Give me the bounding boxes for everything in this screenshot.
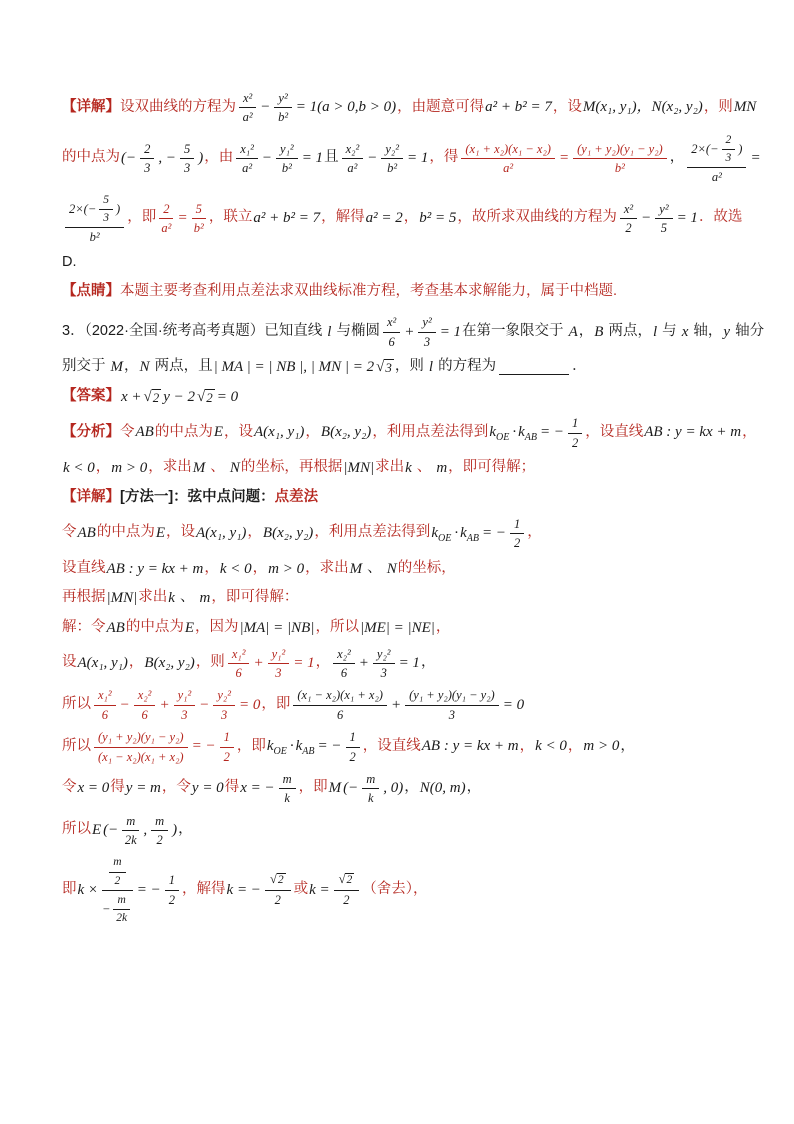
text-run: 2 (224, 750, 230, 764)
text-run: ． (572, 357, 587, 377)
text-run: ) (116, 202, 120, 216)
text-run: x = 0 (77, 778, 111, 798)
text-run: = − (191, 736, 217, 756)
text-run: ， (247, 523, 262, 543)
text-run: = (558, 148, 570, 168)
text-run: ，令 (162, 778, 191, 798)
text-run: ， (527, 523, 542, 543)
fraction-denominator: k (284, 789, 290, 805)
text-run: 的方程为 (434, 357, 496, 377)
text-run: ) (738, 142, 742, 156)
fraction: x₂²a² (342, 141, 364, 176)
text-run: ) (197, 148, 204, 168)
text-run: ， (178, 820, 193, 840)
text-run: 5 (184, 142, 190, 156)
text-run: ， (568, 737, 583, 757)
text-run: x₁² (232, 647, 246, 661)
text-run: = − (136, 880, 162, 900)
fraction: x²2 (620, 201, 637, 236)
fraction-numerator: √2 (265, 872, 291, 891)
fraction-denominator: a² (712, 168, 722, 184)
text-run: = 1 (301, 148, 324, 168)
text-run: a² (347, 161, 357, 175)
text-run: ，设 (166, 523, 195, 543)
fraction: (x₁ + x₂)(x₁ − x₂)a² (461, 141, 555, 176)
sqrt-expression: √3 (376, 359, 394, 376)
text-run: 1 (514, 517, 520, 531)
text-run: ， (404, 778, 419, 798)
fraction-denominator: (x₁ − x₂)(x₁ + x₂) (98, 748, 184, 764)
fraction: y₂²3 (373, 646, 395, 681)
text-run: 的中点为 (126, 618, 184, 638)
text-run: ， (253, 559, 268, 579)
text-run: MN (733, 97, 758, 117)
fraction: 12 (165, 872, 179, 907)
text-run: = 0 (238, 695, 261, 715)
text-run: 1 (224, 730, 230, 744)
fraction: y₁²3 (268, 646, 290, 681)
text-run: 6 (341, 666, 347, 680)
text-run: x₂² (138, 688, 152, 702)
fraction-denominator: a² (347, 159, 357, 175)
text-run: = − (539, 422, 565, 442)
question-3-line-2: 别交于 M，N 两点，且| MA | = | NB |, | MN | = 2√… (62, 356, 770, 378)
text-run: 的中点为 (97, 523, 155, 543)
fraction: y²5 (655, 201, 672, 236)
text-run: m (113, 856, 121, 869)
fraction-denominator: 3 (726, 150, 732, 165)
fraction-denominator: a² (242, 159, 252, 175)
fraction-numerator: 1 (165, 872, 179, 890)
fraction: x₁²a² (236, 141, 258, 176)
solution-step-6: 所以x₁²6−x₂²6+y₁²3−y₂²3= 0，即(x₁ − x₂)(x₁ +… (62, 687, 770, 722)
fraction-denominator: 3 (449, 706, 455, 722)
fraction-denominator: 2 (156, 831, 162, 847)
method-1-heading: 【详解】[方法一]：弦中点问题：点差法 (62, 487, 770, 509)
text-run: 设双曲线的方程为 (120, 98, 236, 118)
text-run: AB : y = kx + m (421, 736, 520, 756)
fraction-denominator: b² (278, 108, 288, 124)
detail-solution-line-3: 2×(−53)b²，即2a²=5b²，联立a² + b² = 7，解得a² = … (62, 192, 770, 245)
text-run: a² (243, 110, 253, 124)
text-run: + (358, 653, 370, 673)
fraction-numerator: (y₁ + y₂)(y₁ − y₂) (573, 141, 667, 159)
fraction: m2k (122, 813, 139, 848)
text-run: （舍去）， (362, 880, 427, 900)
radicand: 2 (277, 873, 286, 888)
text-run: 的中点为 (155, 423, 213, 443)
text-run: |MN| (342, 458, 375, 478)
fraction: 5b² (192, 201, 206, 236)
text-run: − (366, 148, 378, 168)
text-run: ，利用点差法得到 (314, 523, 430, 543)
text-run: ，解得 (182, 880, 226, 900)
text-run: B(x₂, y₂) (262, 523, 314, 543)
text-run: m (283, 772, 292, 786)
text-run: y = m (125, 778, 162, 798)
text-run: ，即 (299, 778, 328, 798)
text-run: D. (62, 253, 77, 273)
text-run: 的坐标，再根据 (241, 458, 343, 478)
text-run: (x₁ − x₂)(x₁ + x₂) (98, 750, 184, 764)
fraction-denominator: 2 (169, 891, 175, 907)
fraction-denominator: −m2k (102, 891, 133, 925)
fraction-denominator: b² (282, 159, 292, 175)
text-run: b² (90, 230, 100, 244)
text-run: m (126, 814, 135, 828)
fraction: x₂²6 (333, 646, 355, 681)
text-run: 5 (103, 194, 109, 207)
text-run: N (229, 458, 241, 478)
text-run: 3 (275, 666, 281, 680)
text-run: + (403, 322, 415, 342)
text-run: 2 (169, 893, 175, 907)
text-run: ，因为 (195, 618, 239, 638)
text-run: ， (620, 737, 635, 757)
text-run: 两点，且 (151, 357, 213, 377)
fraction: (y₁ + y₂)(y₁ − y₂)(x₁ − x₂)(x₁ + x₂) (94, 729, 188, 764)
text-run: 1 (169, 873, 175, 887)
text-run: 、 (413, 458, 436, 478)
text-run: y₁² (178, 688, 192, 702)
text-run: B (593, 322, 604, 342)
text-run: k (167, 588, 176, 608)
detail-solution-line-2: 的中点为(−23, −53)，由x₁²a²−y₁²b²= 1且x₂²a²−y₂²… (62, 132, 770, 185)
text-run: (x₁ − x₂)(x₁ + x₂) (297, 688, 383, 702)
text-run: 3 (184, 161, 190, 175)
text-run: x (681, 322, 690, 342)
text-run: M (110, 357, 125, 377)
solution-step-8: 令x = 0得y = m，令y = 0得x = −mk，即M(−mk, 0)，N… (62, 771, 770, 806)
text-run: ，由题意可得 (397, 98, 484, 118)
text-run: = 1 (292, 653, 315, 673)
text-run: |ME| = |NE| (359, 618, 436, 638)
text-run: [方法一]：弦中点问题： (120, 488, 275, 508)
fraction-numerator: m (122, 813, 139, 831)
text-run: E (91, 820, 102, 840)
fraction-numerator: m (362, 771, 379, 789)
text-run: ，解得 (321, 208, 365, 228)
fraction-numerator: 5 (99, 193, 113, 210)
text-run: ，利用点差法得到 (372, 423, 488, 443)
fraction-numerator: x² (239, 90, 256, 108)
radicand: 2 (345, 873, 354, 888)
text-run: 得 (225, 778, 240, 798)
text-run: E (184, 618, 195, 638)
fraction-denominator: 6 (102, 706, 108, 722)
radical-sign: √ (339, 873, 346, 887)
text-run: k (284, 791, 290, 805)
text-run: y² (422, 315, 431, 329)
fraction-denominator: 2k (116, 910, 127, 925)
text-run: 2k (125, 833, 137, 847)
text-run: AB : y = kx + m (643, 422, 742, 442)
fraction-numerator: 2 (159, 201, 173, 219)
text-run: M (328, 778, 343, 798)
text-run: k < 0 (219, 559, 253, 579)
text-run: E (155, 523, 166, 543)
text-run: ， (129, 653, 144, 673)
fraction-denominator: 6 (388, 333, 394, 349)
detail-solution-line-1: 【详解】设双曲线的方程为x²a²−y²b²= 1(a > 0,b > 0)，由题… (62, 90, 770, 125)
text-run: ，设直线 (585, 423, 643, 443)
fraction-denominator: 3 (424, 333, 430, 349)
text-run: 的坐标， (398, 559, 456, 579)
fraction: mk (362, 771, 379, 806)
fraction: 53 (180, 141, 194, 176)
text-run: x² (387, 315, 396, 329)
fraction-numerator: 2×(−23) (687, 132, 746, 168)
fraction-denominator: a² (243, 108, 253, 124)
text-run: − (102, 902, 110, 916)
solution-step-4: 解：令AB的中点为E，因为|MA| = |NB|，所以|ME| = |NE|， (62, 617, 770, 639)
fraction: y²3 (418, 314, 435, 349)
text-run: 2×(− (691, 142, 718, 156)
fraction-numerator: y₁² (268, 646, 290, 664)
fraction-numerator: x² (383, 314, 400, 332)
text-run: = (176, 208, 188, 228)
fraction-denominator: 6 (341, 664, 347, 680)
fraction: (x₁ − x₂)(x₁ + x₂)6 (293, 687, 387, 722)
text-run: AB (106, 618, 126, 638)
text-run: 轴分 (731, 322, 764, 342)
fraction-denominator: 2k (125, 831, 137, 847)
text-run: OE (437, 532, 452, 546)
text-run: k (368, 791, 374, 805)
text-run: 3 (103, 212, 109, 225)
text-run: M (349, 559, 364, 579)
sqrt-expression: √2 (339, 873, 355, 888)
fraction: 2a² (159, 201, 173, 236)
text-run: B(x₂, y₂) (143, 653, 195, 673)
fraction: m2−m2k (102, 854, 133, 925)
text-run: a² (161, 221, 171, 235)
text-run: 2 (726, 134, 732, 147)
fraction-denominator: 6 (141, 706, 147, 722)
text-run: y₁² (280, 142, 294, 156)
text-run: b² (387, 161, 397, 175)
fraction: y²b² (274, 90, 291, 125)
fraction-numerator: 2×(−53) (65, 192, 124, 228)
text-run: 设直线 (62, 559, 106, 579)
text-run: N (139, 357, 151, 377)
text-run: (− (120, 148, 137, 168)
analysis-line-2: k < 0，m > 0，求出M 、 N的坐标，再根据|MN|求出k 、 m，即可… (62, 457, 770, 479)
text-run: m > 0 (582, 736, 620, 756)
fraction-denominator: 2 (350, 748, 356, 764)
text-run: 别交于 (62, 357, 110, 377)
fraction: x₂²6 (134, 687, 156, 722)
text-run: 6 (337, 708, 343, 722)
text-run: b² (282, 161, 292, 175)
text-run: ，联立 (209, 208, 253, 228)
document-page: 【详解】设双曲线的方程为x²a²−y²b²= 1(a > 0,b > 0)，由题… (0, 0, 794, 1124)
fraction-denominator: 6 (236, 664, 242, 680)
text-run: E (213, 422, 224, 442)
text-run: 且 (324, 148, 339, 168)
sqrt-expression: √2 (197, 389, 215, 406)
text-run: ， (305, 423, 320, 443)
text-run: 设 (62, 653, 77, 673)
fraction-numerator: 2 (722, 133, 736, 150)
fraction-denominator: 3 (221, 706, 227, 722)
fraction: √22 (265, 872, 291, 907)
text-run: 得 (110, 778, 125, 798)
fraction: 53 (99, 193, 113, 225)
fraction-numerator: y₂² (373, 646, 395, 664)
text-run: (− (102, 820, 119, 840)
text-run: ，则 (395, 357, 428, 377)
fraction-denominator: a² (161, 219, 171, 235)
text-run: b² = 5 (418, 208, 457, 228)
fraction-numerator: x₁² (94, 687, 116, 705)
text-run: 2 (144, 142, 150, 156)
text-run: ， (436, 618, 451, 638)
text-run: 求出 (375, 458, 404, 478)
sqrt-expression: √2 (144, 389, 162, 406)
text-run: y₁² (272, 647, 286, 661)
text-run: 【详解】 (62, 98, 120, 118)
text-run: 与 (658, 322, 681, 342)
text-run: y₂² (217, 688, 231, 702)
text-run: 求出 (138, 588, 167, 608)
text-run: |MA| = |NB| (239, 618, 316, 638)
text-run: N(0, m) (419, 778, 467, 798)
fraction: y₁²b² (276, 141, 298, 176)
text-run: x² (624, 202, 633, 216)
text-run: ．故选 (699, 208, 743, 228)
text-run: 解：令 (62, 618, 106, 638)
text-run: b² (278, 110, 288, 124)
text-run: AB (524, 431, 538, 445)
solution-step-1: 令AB的中点为E，设A(x₁, y₁)，B(x₂, y₂)，利用点差法得到kOE… (62, 516, 770, 551)
text-run: ，求出 (148, 458, 192, 478)
fraction: m2 (109, 855, 125, 887)
fraction-numerator: y² (655, 201, 672, 219)
text-run: 2 (163, 202, 169, 216)
fraction-denominator: 3 (381, 664, 387, 680)
text-run: N (386, 559, 398, 579)
text-run: a² (503, 161, 513, 175)
text-run: AB : y = kx + m (106, 559, 205, 579)
text-run: 两点， (604, 322, 652, 342)
radical-sign: √ (376, 359, 384, 376)
text-run: ， (670, 148, 685, 168)
text-run: ，设直线 (363, 737, 421, 757)
text-run: A(x₁, y₁) (195, 523, 247, 543)
fraction-numerator: y₁² (174, 687, 196, 705)
fraction: y₁²3 (174, 687, 196, 722)
text-run: 6 (236, 666, 242, 680)
text-run: M(x₁, y₁)，N(x₂, y₂) (582, 97, 704, 117)
text-run: 3 (381, 666, 387, 680)
text-run: 2 (115, 875, 121, 888)
answer-line: 【答案】x +√2y − 2√2= 0 (62, 386, 770, 408)
text-run: x₂² (337, 647, 351, 661)
text-run: 2 (625, 221, 631, 235)
text-run: 即 (62, 880, 77, 900)
fraction: 12 (510, 516, 524, 551)
text-run: 【分析】 (62, 423, 120, 443)
text-run: b² (194, 221, 204, 235)
text-run: = − (317, 736, 343, 756)
fraction: 23 (722, 133, 736, 165)
text-run: ) (171, 820, 178, 840)
text-run: 3 (449, 708, 455, 722)
fraction-numerator: 1 (510, 516, 524, 534)
text-run: x₁² (240, 142, 254, 156)
fraction-denominator: 3 (181, 706, 187, 722)
text-run: 3 (181, 708, 187, 722)
text-run: ， (742, 423, 757, 443)
text-run: 、 (176, 588, 199, 608)
text-run: 所以 (62, 820, 91, 840)
text-run: , − (157, 148, 177, 168)
fraction: 12 (346, 729, 360, 764)
fraction-numerator: m (279, 771, 296, 789)
text-run: ， (124, 357, 139, 377)
fraction-denominator: b² (90, 228, 100, 244)
text-run: ， (421, 653, 436, 673)
text-run: − (259, 97, 271, 117)
text-run: A(x₁, y₁) (253, 422, 305, 442)
text-run: 3 (221, 708, 227, 722)
fraction-numerator: m (109, 855, 125, 872)
text-run: ， (316, 653, 331, 673)
fraction-numerator: (y₁ + y₂)(y₁ − y₂) (405, 687, 499, 705)
fraction-denominator: 2 (343, 891, 349, 907)
text-run: 或 (294, 880, 309, 900)
text-run: 5 (661, 221, 667, 235)
text-run: m (435, 458, 448, 478)
text-run: 点差法 (275, 488, 319, 508)
fraction-numerator: √2 (334, 872, 360, 891)
text-run: = 1 (406, 148, 429, 168)
text-run: , 0) (382, 778, 404, 798)
text-run: 2 (572, 436, 578, 450)
text-run: m (155, 814, 164, 828)
fraction-denominator: 2 (275, 891, 281, 907)
text-run: − (198, 695, 210, 715)
text-run: 、 (206, 458, 229, 478)
fraction: √22 (334, 872, 360, 907)
text-run: = 0 (216, 387, 239, 407)
fraction-denominator: 2 (224, 748, 230, 764)
text-run: 6 (102, 708, 108, 722)
text-run: 6 (388, 335, 394, 349)
answer-choice-d: D. (62, 251, 770, 273)
text-run: 3 (726, 152, 732, 165)
fraction-numerator: y₁² (276, 141, 298, 159)
text-run: a² + b² = 7 (484, 97, 553, 117)
text-run: ， (404, 208, 419, 228)
text-run: 、 (363, 559, 386, 579)
text-run: 【详解】 (62, 488, 120, 508)
fraction-numerator: 5 (192, 201, 206, 219)
fraction-numerator: x² (620, 201, 637, 219)
text-run: ，设 (224, 423, 253, 443)
text-run: ，即 (261, 695, 290, 715)
text-run: a² (712, 170, 722, 184)
fraction-numerator: 2 (140, 141, 154, 159)
text-run: 3．（2022·全国·统考高考真题）已知直线 (62, 322, 326, 342)
text-run: 2 (275, 893, 281, 907)
text-run: ， (467, 778, 482, 798)
text-run: − (261, 148, 273, 168)
fraction: x²6 (383, 314, 400, 349)
text-run: ，得 (429, 148, 458, 168)
text-run: 2 (514, 536, 520, 550)
